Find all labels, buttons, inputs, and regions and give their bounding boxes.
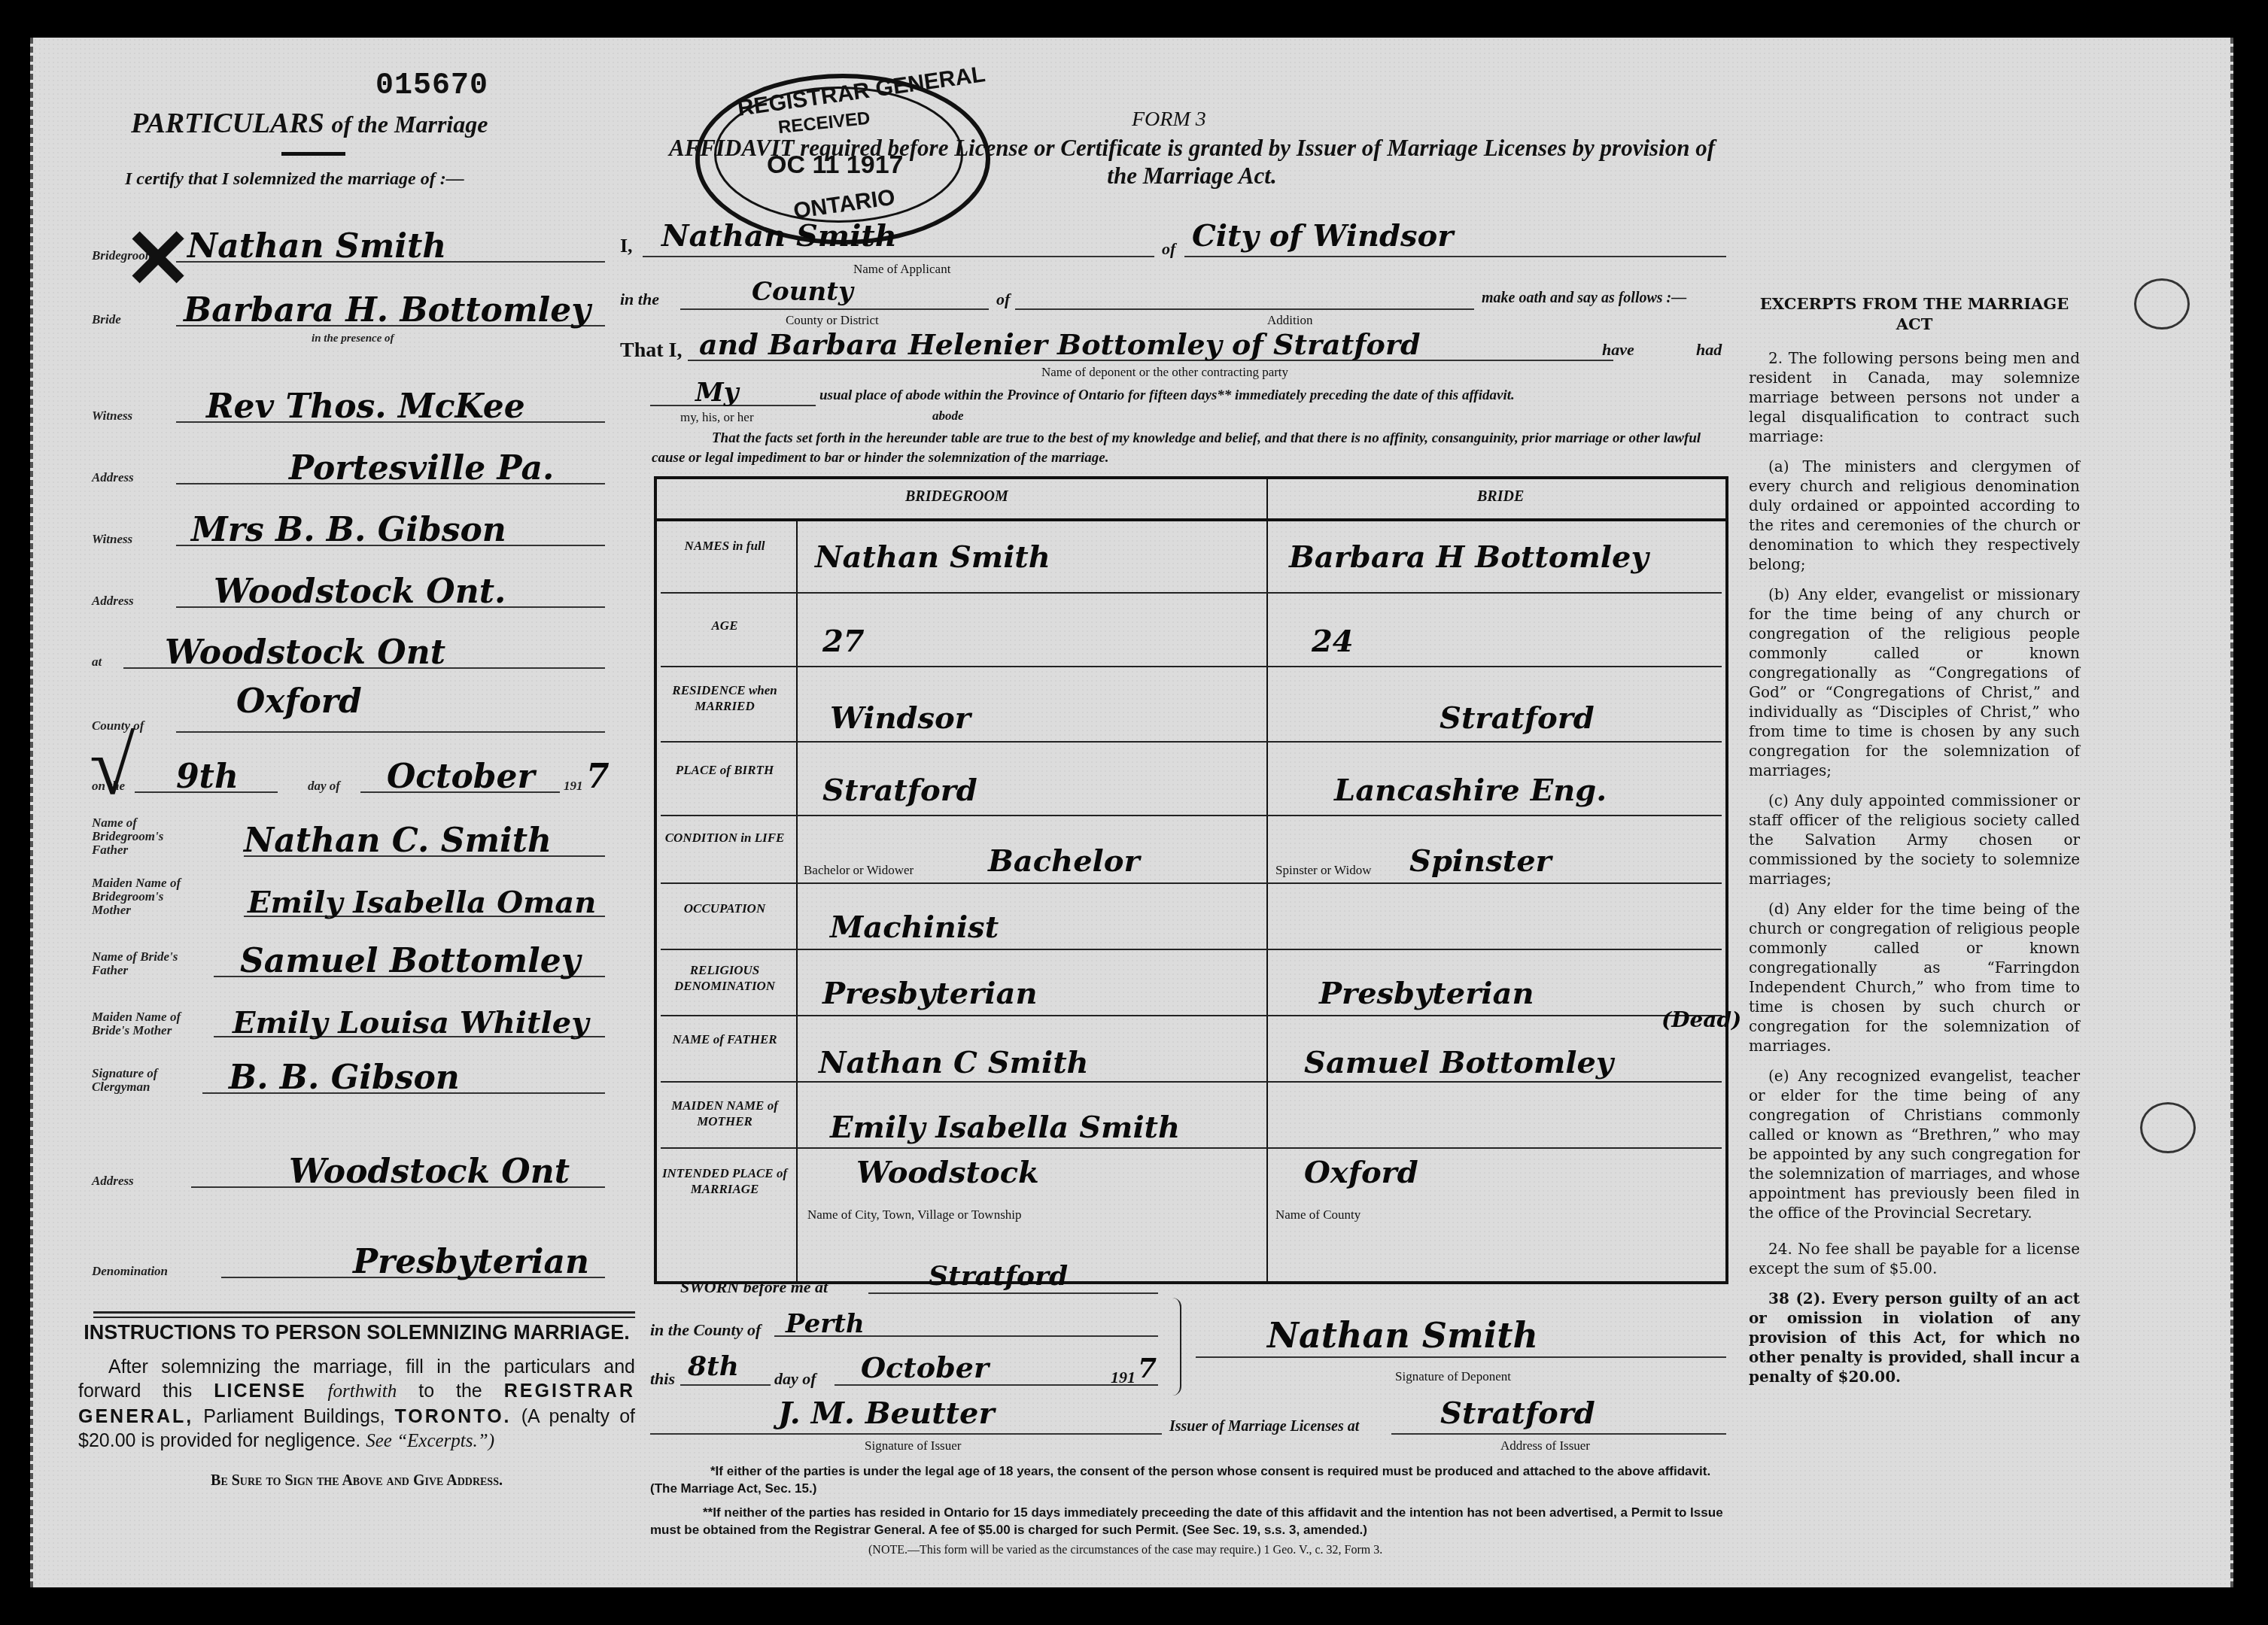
abode-caption: abode bbox=[932, 409, 964, 424]
marriage-license-document: 015670 PARTICULARS of the Marriage I cer… bbox=[30, 38, 2233, 1587]
field-value: Rev Thos. McKee bbox=[206, 387, 525, 426]
field-label: Name of Bridegroom's Father bbox=[92, 816, 197, 857]
bridegroom-value: Emily Isabella Smith bbox=[830, 1110, 1180, 1145]
serial-number: 015670 bbox=[375, 69, 488, 103]
county-of-label: in the County of bbox=[650, 1320, 761, 1340]
field-marriage-date: on the 9th day of October 191 7 bbox=[63, 745, 605, 797]
county-rule bbox=[680, 308, 989, 310]
row-label: PLACE of BIRTH bbox=[657, 762, 792, 778]
field-address-2: Address Woodstock Ont. bbox=[63, 560, 605, 612]
field-label: Maiden Name of Bridegroom's Mother bbox=[92, 876, 197, 917]
excerpt-section-2: 2. The following persons being men and r… bbox=[1749, 348, 2080, 446]
year-prefix: 191 bbox=[564, 779, 583, 793]
bride-value: Samuel Bottomley bbox=[1304, 1045, 1613, 1080]
applicant-rule bbox=[643, 256, 1154, 257]
bridegroom-value: 27 bbox=[822, 624, 865, 659]
marriage-act-excerpts: EXCERPTS FROM THE MARRIAGE ACT 2. The fo… bbox=[1749, 293, 2080, 1397]
instructions-divider bbox=[93, 1311, 635, 1318]
field-label: Address bbox=[92, 1174, 134, 1188]
deponent-rule bbox=[1196, 1356, 1726, 1358]
field-clergyman-signature: Signature of Clergyman B. B. Gibson bbox=[63, 1046, 605, 1098]
line1-prefix: I, bbox=[620, 235, 633, 257]
pronoun-value: My bbox=[695, 378, 738, 408]
table-row: CONDITION in LIFE Bachelor or Widower Ba… bbox=[657, 816, 1725, 884]
had-text: had bbox=[1696, 340, 1722, 360]
sworn-county-value: Perth bbox=[786, 1309, 865, 1339]
footnote-age: *If either of the parties is under the l… bbox=[650, 1463, 1726, 1498]
bride-value: Barbara H Bottomley bbox=[1289, 539, 1649, 575]
issuer-address: Stratford bbox=[1440, 1396, 1595, 1431]
field-value: Woodstock Ont bbox=[165, 633, 445, 672]
field-value: Barbara H. Bottomley bbox=[184, 291, 591, 330]
row-label: AGE bbox=[657, 618, 792, 633]
other-party: and Barbara Helenier Bottomley of Stratf… bbox=[699, 327, 1421, 361]
issuer-rule bbox=[650, 1433, 1162, 1435]
sworn-year-suffix: 7 bbox=[1138, 1353, 1157, 1384]
instructions-body: After solemnizing the marriage, fill in … bbox=[78, 1355, 635, 1454]
deponent-signature: Nathan Smith bbox=[1267, 1315, 1538, 1356]
table-row: RELIGIOUS DENOMINATION Presbyterian Pres… bbox=[657, 950, 1725, 1016]
day-of-label: day of bbox=[308, 779, 340, 793]
certify-text: I certify that I solemnized the marriage… bbox=[125, 169, 464, 190]
pronoun-caption: my, his, or her bbox=[680, 410, 754, 425]
sworn-month: October bbox=[861, 1350, 989, 1384]
issuer-signature: J. M. Beutter bbox=[778, 1396, 995, 1431]
field-at: at Woodstock Ont bbox=[63, 621, 605, 673]
form-number: FORM 3 bbox=[1132, 108, 1206, 132]
table-row: NAME of FATHER Nathan C Smith Samuel Bot… bbox=[657, 1016, 1725, 1083]
sworn-day-of-label: day of bbox=[774, 1369, 816, 1389]
field-value: B. B. Gibson bbox=[229, 1059, 460, 1097]
particulars-title: PARTICULARS of the Marriage bbox=[131, 107, 488, 140]
bride-father-note: (Dead) bbox=[1661, 1007, 1741, 1032]
field-value: Emily Isabella Oman bbox=[248, 885, 596, 920]
title-rule bbox=[281, 152, 345, 156]
applicant-caption: Name of Applicant bbox=[853, 262, 950, 277]
instructions-title: INSTRUCTIONS TO PERSON SOLEMNIZING MARRI… bbox=[78, 1320, 635, 1346]
bridegroom-caption: Bachelor or Widower bbox=[804, 863, 914, 878]
sworn-day-rule bbox=[680, 1384, 771, 1386]
county-value: County bbox=[752, 277, 853, 307]
field-label: Bride bbox=[92, 313, 121, 327]
bride-value: Spinster bbox=[1409, 843, 1552, 879]
field-label: Address bbox=[92, 594, 134, 608]
particulars-table: BRIDEGROOM BRIDE NAMES in full Nathan Sm… bbox=[654, 476, 1728, 1284]
excerpts-title: EXCERPTS FROM THE MARRIAGE ACT bbox=[1749, 293, 2080, 335]
excerpt-c: (c) Any duly appointed commissioner or s… bbox=[1749, 791, 2080, 888]
bride-value: 24 bbox=[1312, 624, 1354, 659]
bridegroom-value: Bachelor bbox=[988, 843, 1140, 879]
bridegroom-value: Windsor bbox=[830, 700, 971, 736]
table-row: AGE 27 24 bbox=[657, 594, 1725, 667]
sworn-brace bbox=[1171, 1298, 1181, 1396]
bride-value: Lancashire Eng. bbox=[1334, 773, 1607, 808]
make-oath-text: make oath and say as follows :— bbox=[1482, 290, 1686, 307]
issuer-address-caption: Address of Issuer bbox=[1500, 1438, 1590, 1453]
party-caption: Name of deponent or the other contractin… bbox=[1041, 365, 1288, 380]
particulars-title-caps: PARTICULARS bbox=[131, 108, 324, 139]
header-bridegroom: BRIDEGROOM bbox=[905, 488, 1008, 506]
row-label: MAIDEN NAME of MOTHER bbox=[657, 1098, 792, 1130]
table-row: PLACE of BIRTH Stratford Lancashire Eng. bbox=[657, 743, 1725, 816]
field-groom-mother: Maiden Name of Bridegroom's Mother Emily… bbox=[63, 869, 605, 922]
field-address-1: Address Portesville Pa. bbox=[63, 436, 605, 489]
line1-of: of bbox=[1162, 239, 1175, 259]
field-value: Portesville Pa. bbox=[289, 449, 554, 487]
field-value: Nathan C. Smith bbox=[244, 822, 552, 860]
applicant-place: City of Windsor bbox=[1192, 218, 1453, 254]
sworn-at-value: Stratford bbox=[929, 1260, 1068, 1292]
bridegroom-value: Nathan Smith bbox=[815, 539, 1050, 575]
line3-prefix: That I, bbox=[620, 339, 682, 363]
field-value: Nathan Smith bbox=[187, 227, 446, 266]
field-groom-father: Name of Bridegroom's Father Nathan C. Sm… bbox=[63, 809, 605, 861]
field-value: Samuel Bottomley bbox=[240, 942, 580, 980]
sworn-month-rule bbox=[835, 1384, 1158, 1386]
line2-prefix: in the bbox=[620, 290, 659, 309]
particulars-title-rest: of the Marriage bbox=[331, 111, 488, 138]
sign-note: Be Sure to Sign the Above and Give Addre… bbox=[78, 1471, 635, 1490]
deponent-caption: Signature of Deponent bbox=[1395, 1369, 1511, 1384]
header-bride: BRIDE bbox=[1477, 488, 1524, 506]
row-label: INTENDED PLACE of MARRIAGE bbox=[657, 1165, 792, 1198]
footnote-form-note: (NOTE.—This form will be varied as the c… bbox=[868, 1542, 1382, 1559]
footnote-residence: **If neither of the parties has resided … bbox=[650, 1505, 1726, 1539]
field-witness-1: Witness Rev Thos. McKee bbox=[63, 375, 605, 427]
issuer-label: Issuer of Marriage Licenses at bbox=[1169, 1418, 1359, 1435]
row-label: NAMES in full bbox=[657, 538, 792, 554]
row-label: CONDITION in LIFE bbox=[657, 830, 792, 846]
place-rule bbox=[1184, 256, 1726, 257]
sworn-at-rule bbox=[868, 1292, 1158, 1294]
facts-statement: That the facts set forth in the hereunde… bbox=[652, 429, 1724, 467]
field-label: Name of Bride's Father bbox=[92, 950, 182, 977]
table-row: INTENDED PLACE of MARRIAGE Woodstock Nam… bbox=[657, 1149, 1725, 1275]
table-row: OCCUPATION Machinist bbox=[657, 884, 1725, 950]
excerpt-e: (e) Any recognized evangelist, teacher o… bbox=[1749, 1066, 2080, 1223]
instructions-block: INSTRUCTIONS TO PERSON SOLEMNIZING MARRI… bbox=[78, 1320, 635, 1490]
field-county: County of Oxford bbox=[63, 685, 605, 737]
field-label: Signature of Clergyman bbox=[92, 1067, 175, 1094]
field-bride-father: Name of Bride's Father Samuel Bottomley bbox=[63, 929, 605, 982]
bride-value: Oxford bbox=[1304, 1155, 1418, 1190]
excerpt-section-24: 24. No fee shall be payable for a licens… bbox=[1749, 1239, 2080, 1278]
field-value: Presbyterian bbox=[353, 1243, 589, 1281]
bridegroom-caption: Name of City, Town, Village or Township bbox=[807, 1207, 1021, 1223]
addition-caption: Addition bbox=[1267, 313, 1312, 328]
field-denomination: Denomination Presbyterian bbox=[63, 1230, 605, 1283]
county-caption: County or District bbox=[786, 313, 879, 328]
sworn-year-prefix: 191 bbox=[1111, 1368, 1136, 1387]
table-header: BRIDEGROOM BRIDE bbox=[657, 479, 1725, 521]
field-label: at bbox=[92, 655, 102, 669]
table-row: RESIDENCE when MARRIED Windsor Stratford bbox=[657, 667, 1725, 743]
bride-caption: Spinster or Widow bbox=[1275, 863, 1371, 878]
bride-value: Presbyterian bbox=[1319, 976, 1534, 1011]
bridegroom-value: Stratford bbox=[822, 773, 977, 808]
marriage-month: October bbox=[387, 758, 535, 796]
field-label: Denomination bbox=[92, 1265, 168, 1278]
sworn-label: SWORN before me at bbox=[680, 1277, 828, 1297]
applicant-name: Nathan Smith bbox=[661, 218, 897, 254]
line2-of: of bbox=[996, 290, 1010, 309]
excerpt-section-38: 38 (2). Every person guilty of an act or… bbox=[1749, 1289, 2080, 1387]
bride-caption: Name of County bbox=[1275, 1207, 1360, 1223]
addition-rule bbox=[1015, 308, 1474, 310]
field-clergyman-address: Address Woodstock Ont bbox=[63, 1140, 605, 1192]
year-suffix: 7 bbox=[586, 758, 610, 796]
field-witness-2: Witness Mrs B. B. Gibson bbox=[63, 498, 605, 551]
marriage-day: 9th bbox=[176, 758, 239, 796]
issuer-caption: Signature of Issuer bbox=[865, 1438, 961, 1453]
field-value: Woodstock Ont bbox=[289, 1153, 570, 1191]
sworn-day: 8th bbox=[688, 1350, 739, 1382]
affidavit-title: AFFIDAVIT required before License or Cer… bbox=[658, 134, 1726, 190]
bridegroom-value: Woodstock bbox=[856, 1155, 1039, 1190]
row-label: NAME of FATHER bbox=[657, 1031, 792, 1047]
field-label: Witness bbox=[92, 533, 132, 546]
issuer-address-rule bbox=[1391, 1433, 1726, 1435]
in-presence-caption: in the presence of bbox=[312, 333, 394, 345]
bridegroom-value: Machinist bbox=[830, 910, 999, 945]
table-row: NAMES in full Nathan Smith Barbara H Bot… bbox=[657, 521, 1725, 594]
field-rule bbox=[176, 731, 605, 733]
excerpt-b: (b) Any elder, evangelist or missionary … bbox=[1749, 585, 2080, 780]
bridegroom-value: Nathan C Smith bbox=[819, 1045, 1089, 1080]
field-label: Witness bbox=[92, 409, 132, 423]
row-label: RELIGIOUS DENOMINATION bbox=[657, 962, 792, 995]
field-bride-mother: Maiden Name of Bride's Mother Emily Loui… bbox=[63, 989, 605, 1042]
bridegroom-value: Presbyterian bbox=[822, 976, 1038, 1011]
row-label: OCCUPATION bbox=[657, 901, 792, 916]
field-value: Mrs B. B. Gibson bbox=[191, 511, 506, 549]
punch-hole-icon bbox=[2134, 278, 2190, 330]
table-row: MAIDEN NAME of MOTHER Emily Isabella Smi… bbox=[657, 1083, 1725, 1149]
field-label: Maiden Name of Bride's Mother bbox=[92, 1010, 197, 1037]
field-value: Emily Louisa Whitley bbox=[233, 1005, 588, 1040]
have-text: have bbox=[1602, 340, 1634, 360]
check-mark-icon: √ bbox=[90, 718, 135, 814]
excerpt-d: (d) Any elder for the time being of the … bbox=[1749, 899, 2080, 1055]
punch-hole-icon bbox=[2140, 1102, 2196, 1153]
field-value: Oxford bbox=[236, 682, 362, 721]
field-value: Woodstock Ont. bbox=[214, 573, 506, 611]
bride-value: Stratford bbox=[1440, 700, 1595, 736]
field-label: Address bbox=[92, 471, 134, 484]
cross-mark-icon: ✕ bbox=[123, 211, 193, 308]
abode-text: usual place of abode within the Province… bbox=[819, 387, 1515, 404]
row-label: RESIDENCE when MARRIED bbox=[657, 682, 792, 715]
excerpt-a: (a) The ministers and clergymen of every… bbox=[1749, 457, 2080, 574]
this-label: this bbox=[650, 1369, 675, 1389]
